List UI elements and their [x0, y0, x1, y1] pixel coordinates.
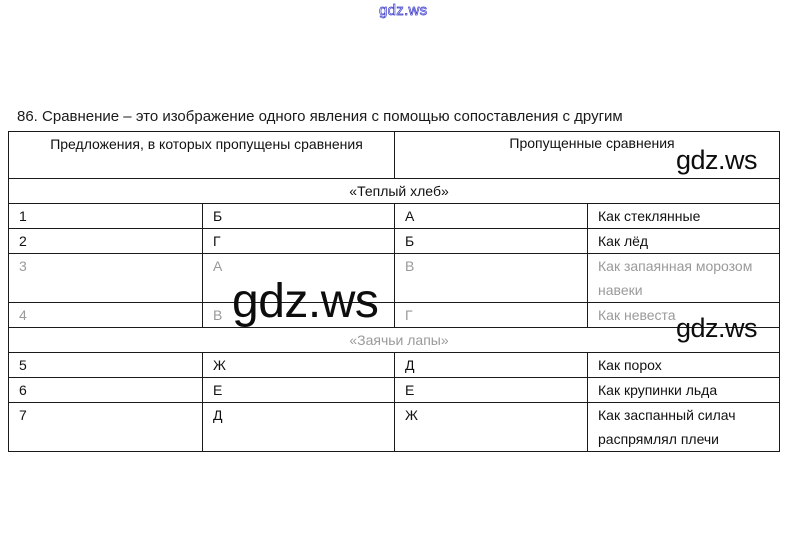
- row-number: 3: [9, 254, 203, 303]
- site-watermark-top: gdz.ws: [379, 2, 428, 19]
- table-row: 2 Г Б Как лёд: [9, 229, 780, 254]
- comparison-letter: Д: [395, 353, 588, 378]
- row-number: 7: [9, 403, 203, 452]
- table-row: 6 Е Е Как крупинки льда: [9, 378, 780, 403]
- comparison-letter: А: [395, 204, 588, 229]
- table-row: 5 Ж Д Как порох: [9, 353, 780, 378]
- section-row: «Заячьи лапы»: [9, 328, 780, 353]
- comparison-text: Как стеклянные: [588, 204, 780, 229]
- table-row: 7 Д Ж Как заспанный силач распрямлял пле…: [9, 403, 780, 452]
- comparison-text: Как запаянная морозом навеки: [588, 254, 780, 303]
- gdz-watermark: gdz.ws: [676, 145, 757, 175]
- table-row: 4 В Г Как невеста: [9, 303, 780, 328]
- comparison-letter: Б: [395, 229, 588, 254]
- answers-table: Предложения, в которых пропущены сравнен…: [8, 131, 780, 452]
- comparison-letter: Е: [395, 378, 588, 403]
- comparison-text: Как порох: [588, 353, 780, 378]
- table-header-row: Предложения, в которых пропущены сравнен…: [9, 132, 780, 179]
- comparison-text: Как лёд: [588, 229, 780, 254]
- comparison-text: Как крупинки льда: [588, 378, 780, 403]
- comparison-letter: Ж: [395, 403, 588, 452]
- header-sentences: Предложения, в которых пропущены сравнен…: [9, 132, 395, 179]
- comparison-text: Как заспанный силач распрямлял плечи: [588, 403, 780, 452]
- gdz-watermark: gdz.ws: [676, 313, 757, 343]
- section-title: «Теплый хлеб»: [9, 179, 780, 204]
- row-number: 4: [9, 303, 203, 328]
- sentence-letter: Д: [203, 403, 395, 452]
- sentence-letter: Г: [203, 229, 395, 254]
- table-row: 1 Б А Как стеклянные: [9, 204, 780, 229]
- task-title: 86. Сравнение – это изображение одного я…: [17, 108, 623, 125]
- sentence-letter: Е: [203, 378, 395, 403]
- sentence-letter: Ж: [203, 353, 395, 378]
- comparison-letter: Г: [395, 303, 588, 328]
- gdz-watermark-large: gdz.ws: [232, 278, 378, 326]
- comparison-letter: В: [395, 254, 588, 303]
- table-row: 3 А В Как запаянная морозом навеки: [9, 254, 780, 303]
- row-number: 2: [9, 229, 203, 254]
- row-number: 5: [9, 353, 203, 378]
- section-row: «Теплый хлеб»: [9, 179, 780, 204]
- sentence-letter: Б: [203, 204, 395, 229]
- row-number: 6: [9, 378, 203, 403]
- section-title: «Заячьи лапы»: [9, 328, 780, 353]
- row-number: 1: [9, 204, 203, 229]
